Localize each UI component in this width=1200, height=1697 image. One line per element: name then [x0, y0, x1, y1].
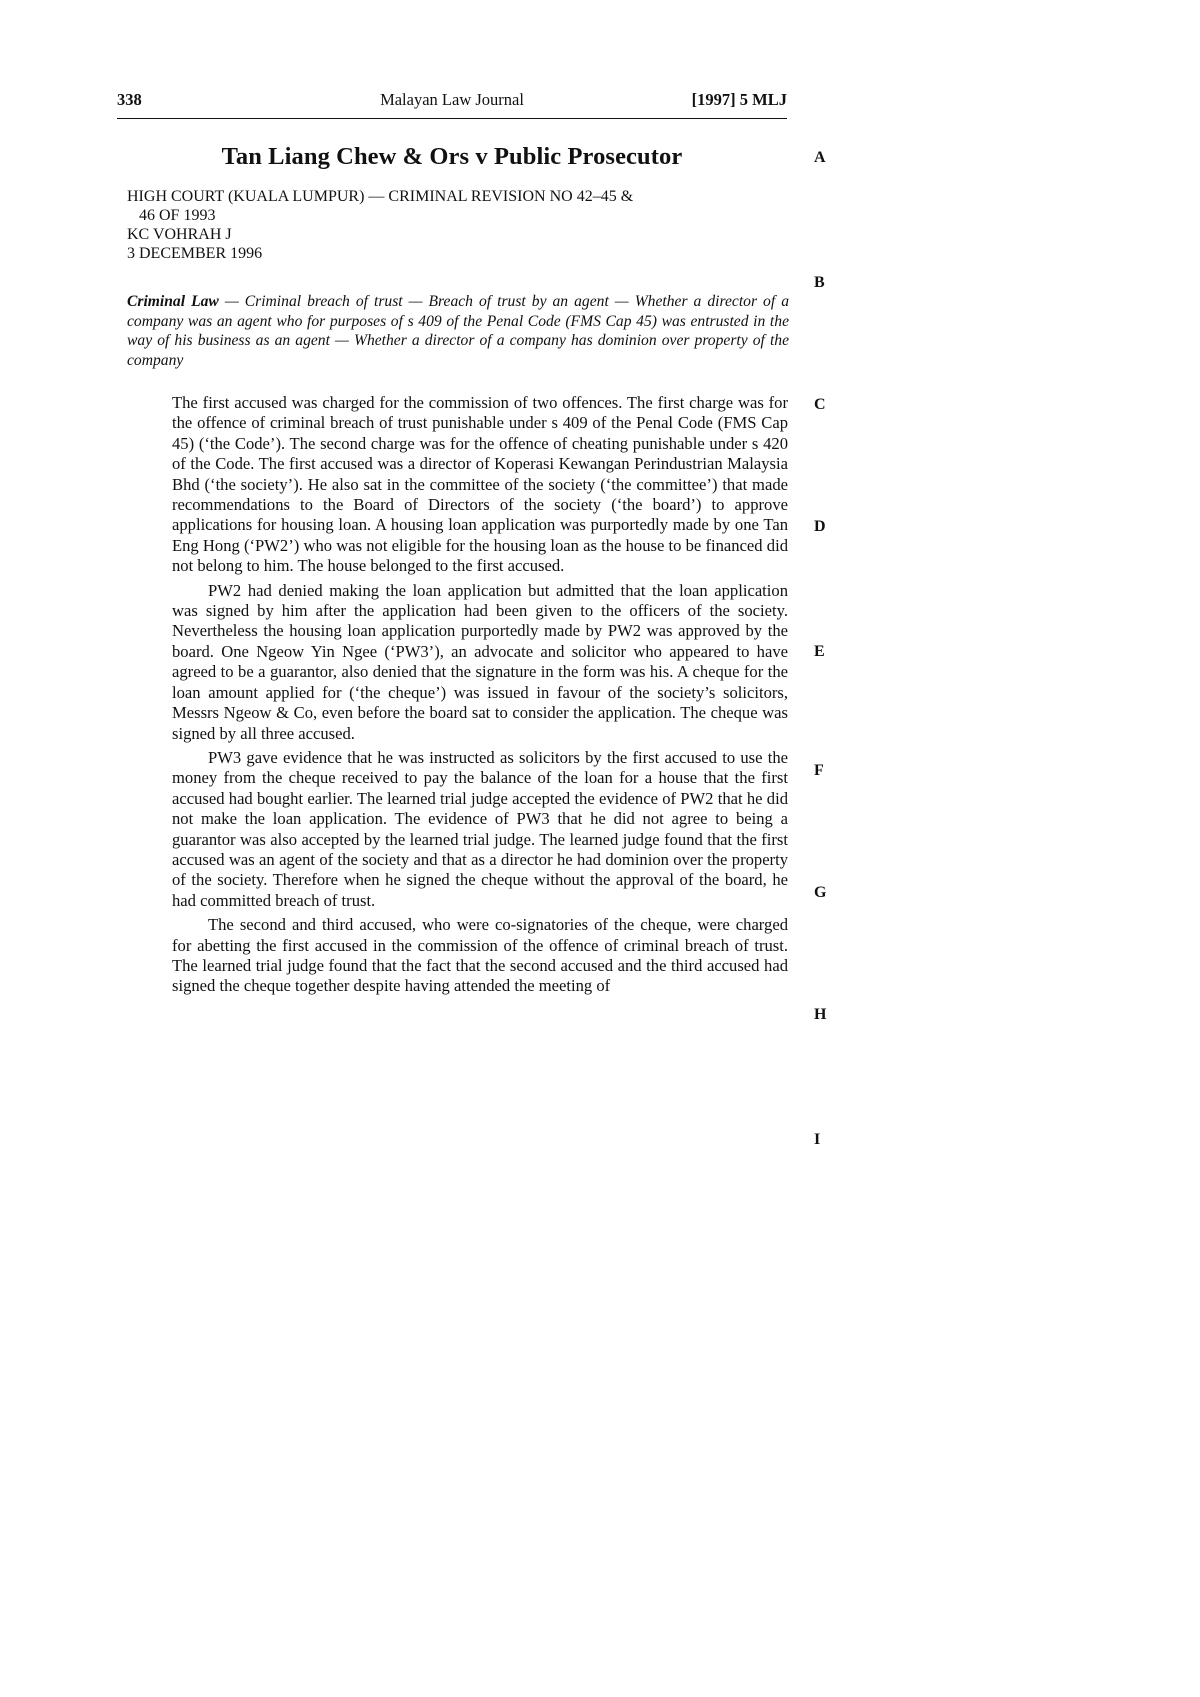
law-report-page: 338 Malayan Law Journal [1997] 5 MLJ Tan…	[0, 0, 1200, 1697]
judge-name: KC VOHRAH J	[127, 225, 787, 244]
header-rule	[117, 118, 787, 119]
margin-letter-h: H	[814, 1006, 826, 1024]
margin-letter-f: F	[814, 762, 824, 780]
catchword-text: — Criminal breach of trust — Breach of t…	[127, 293, 789, 369]
court-line-continued: 46 OF 1993	[127, 206, 787, 225]
court-info: HIGH COURT (KUALA LUMPUR) — CRIMINAL REV…	[127, 187, 787, 263]
margin-letter-c: C	[814, 396, 826, 414]
citation: [1997] 5 MLJ	[692, 90, 787, 110]
headnote-paragraph: PW3 gave evidence that he was instructed…	[172, 748, 788, 911]
journal-name: Malayan Law Journal	[117, 90, 787, 110]
decision-date: 3 DECEMBER 1996	[127, 244, 787, 263]
court-line: HIGH COURT (KUALA LUMPUR) — CRIMINAL REV…	[127, 187, 787, 206]
headnote-paragraph: The first accused was charged for the co…	[172, 393, 788, 577]
margin-letter-d: D	[814, 518, 826, 536]
headnote: The first accused was charged for the co…	[172, 393, 788, 1001]
catchword-subject: Criminal Law	[127, 293, 219, 310]
case-title: Tan Liang Chew & Ors v Public Prosecutor	[117, 142, 787, 172]
margin-letter-g: G	[814, 884, 826, 902]
catchwords: Criminal Law — Criminal breach of trust …	[127, 292, 789, 370]
margin-letter-i: I	[814, 1131, 820, 1149]
headnote-paragraph: PW2 had denied making the loan applicati…	[172, 581, 788, 744]
margin-letter-e: E	[814, 643, 825, 661]
margin-letter-b: B	[814, 274, 825, 292]
headnote-paragraph: The second and third accused, who were c…	[172, 915, 788, 997]
running-header: 338 Malayan Law Journal [1997] 5 MLJ	[117, 90, 787, 110]
margin-letter-a: A	[814, 149, 826, 167]
